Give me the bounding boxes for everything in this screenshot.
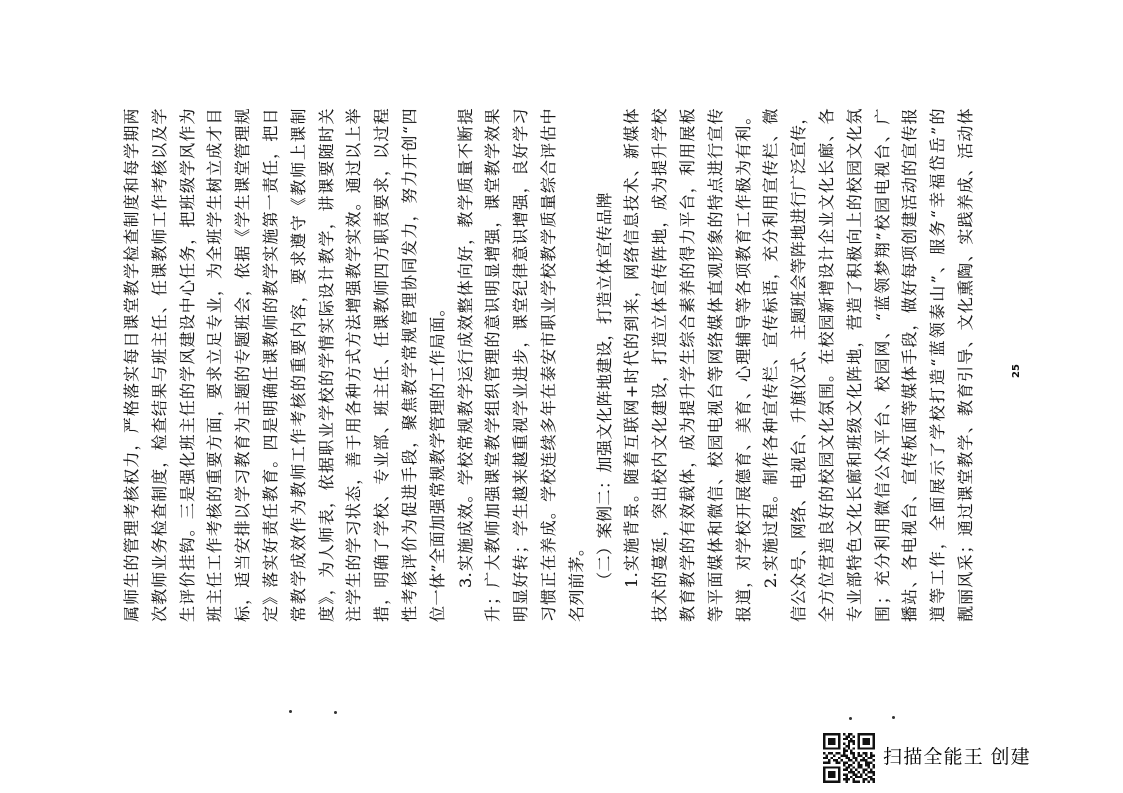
text-line: 技术的蔓延，突出校内文化建设，打造立体宣传阵地，成为提升学校: [646, 108, 674, 622]
text-line: 3.实施成效。学校常规教学运行成效整体向好，教学质量不断提: [452, 108, 480, 622]
text-line: 信公众号、网络、电视台、升旗仪式、主题班会等阵地进行广泛宣传，: [785, 108, 813, 622]
text-line: 1.实施背景。随着互联网+时代的到来，网络信息技术、新媒体: [618, 108, 646, 622]
scan-speck: [849, 717, 852, 720]
text-line: 属师生的管理考核权力，严格落实每日课堂教学检查制度和每学期两: [118, 108, 146, 622]
text-line: 播站、各电视台、宣传板面等媒体手段，做好每项创建活动的宣传报: [896, 108, 924, 622]
text-line: 性考核评价为促进手段，聚焦教学常规管理协同发力，努力开创“四: [396, 108, 424, 622]
text-line: 度》，为人师表，依据职业学校的学情实际设计教学，讲课要随时关: [313, 108, 341, 622]
text-line: 2.实施过程。制作各种宣传栏、宣传标语，充分利用宣传栏、微: [757, 108, 785, 622]
rotated-document-body: 属师生的管理考核权力，严格落实每日课堂教学检查制度和每学期两 次教师业务检查制度…: [118, 108, 980, 622]
text-line: 升；广大教师加强课堂教学组织管理的意识明显增强，课堂教学效果: [479, 108, 507, 622]
text-line: 靓丽风采；通过课堂教学、教育引导、文化熏陶、实践养成、活动体: [952, 108, 980, 622]
text-line: 注学生的学习状态，善于用各种方式方法增强教学实效。通过以上举: [340, 108, 368, 622]
page-number: 25: [1011, 364, 1023, 378]
paragraph-implementation-process: 2.实施过程。制作各种宣传栏、宣传标语，充分利用宣传栏、微 信公众号、网络、电视…: [757, 108, 979, 622]
text-line: 等平面媒体和微信、校园电视台等网络媒体直观形象的特点进行宣传: [702, 108, 730, 622]
text-line: 教育教学的有效载体，成为提升学生综合素养的得力平台，利用展板: [674, 108, 702, 622]
text-line: 道等工作，全面展示了学校打造“蓝领泰山”、服务“幸福岱岳”的: [924, 108, 952, 622]
text-line: 报道，对学校开展德育、美育、心理辅导等各项教育工作极为有利。: [730, 108, 758, 622]
text-line: 班主任工作考核的重要方面，要求立足专业，为全班学生树立成才目: [201, 108, 229, 622]
text-line: 围；充分利用微信公众平台、校园网、“蓝领梦翔”校园电视台、广: [869, 108, 897, 622]
text-line: 常教学成效作为教师工作考核的重要内容，要求遵守《教师上课制: [285, 108, 313, 622]
qr-code-icon: [823, 733, 875, 783]
paragraph-implementation-outcome: 3.实施成效。学校常规教学运行成效整体向好，教学质量不断提 升；广大教师加强课堂…: [452, 108, 591, 622]
paragraph-implementation-background: 1.实施背景。随着互联网+时代的到来，网络信息技术、新媒体 技术的蔓延，突出校内…: [618, 108, 757, 622]
text-line: 措，明确了学校、专业部、班主任、任课教师四方职责要求，以过程: [368, 108, 396, 622]
scan-speck: [289, 710, 292, 713]
scan-speck: [892, 716, 895, 719]
text-line: 专业部特色文化长廊和班级文化阵地，营造了积极向上的校园文化氛: [841, 108, 869, 622]
text-line: 全方位营造良好的校园文化氛围。在校园新增设计企业文化长廊、各: [813, 108, 841, 622]
text-line: 次教师业务检查制度，检查结果与班主任、任课教师工作考核以及学: [146, 108, 174, 622]
text-line: 生评价挂钩。三是强化班主任的学风建设中心任务，把班级学风作为: [174, 108, 202, 622]
text-line: 明显好转；学生越来越重视学业进步，课堂纪律意识增强，良好学习: [507, 108, 535, 622]
section-heading: （二）案例二：加强文化阵地建设，打造立体宣传品牌: [591, 108, 619, 622]
text-line: 标，适当安排以学习教育为主题的专题班会，依据《学生课堂管理规: [229, 108, 257, 622]
text-line: 位一体”全面加强常规教学管理的工作局面。: [424, 108, 452, 622]
scan-speck: [334, 711, 337, 714]
scanner-watermark-text: 扫描全能王 创建: [883, 747, 1031, 769]
text-line: 习惯正在养成。学校连续多年在泰安市职业学校教学质量综合评估中: [535, 108, 563, 622]
paragraph-teaching-management-measures: 属师生的管理考核权力，严格落实每日课堂教学检查制度和每学期两 次教师业务检查制度…: [118, 108, 452, 622]
text-line: 名列前茅。: [563, 108, 591, 622]
scanned-page: 属师生的管理考核权力，严格落实每日课堂教学检查制度和每学期两 次教师业务检查制度…: [0, 0, 1123, 793]
text-line: 定》落实好责任教育。四是明确任课教师的教学实施第一责任，把日: [257, 108, 285, 622]
